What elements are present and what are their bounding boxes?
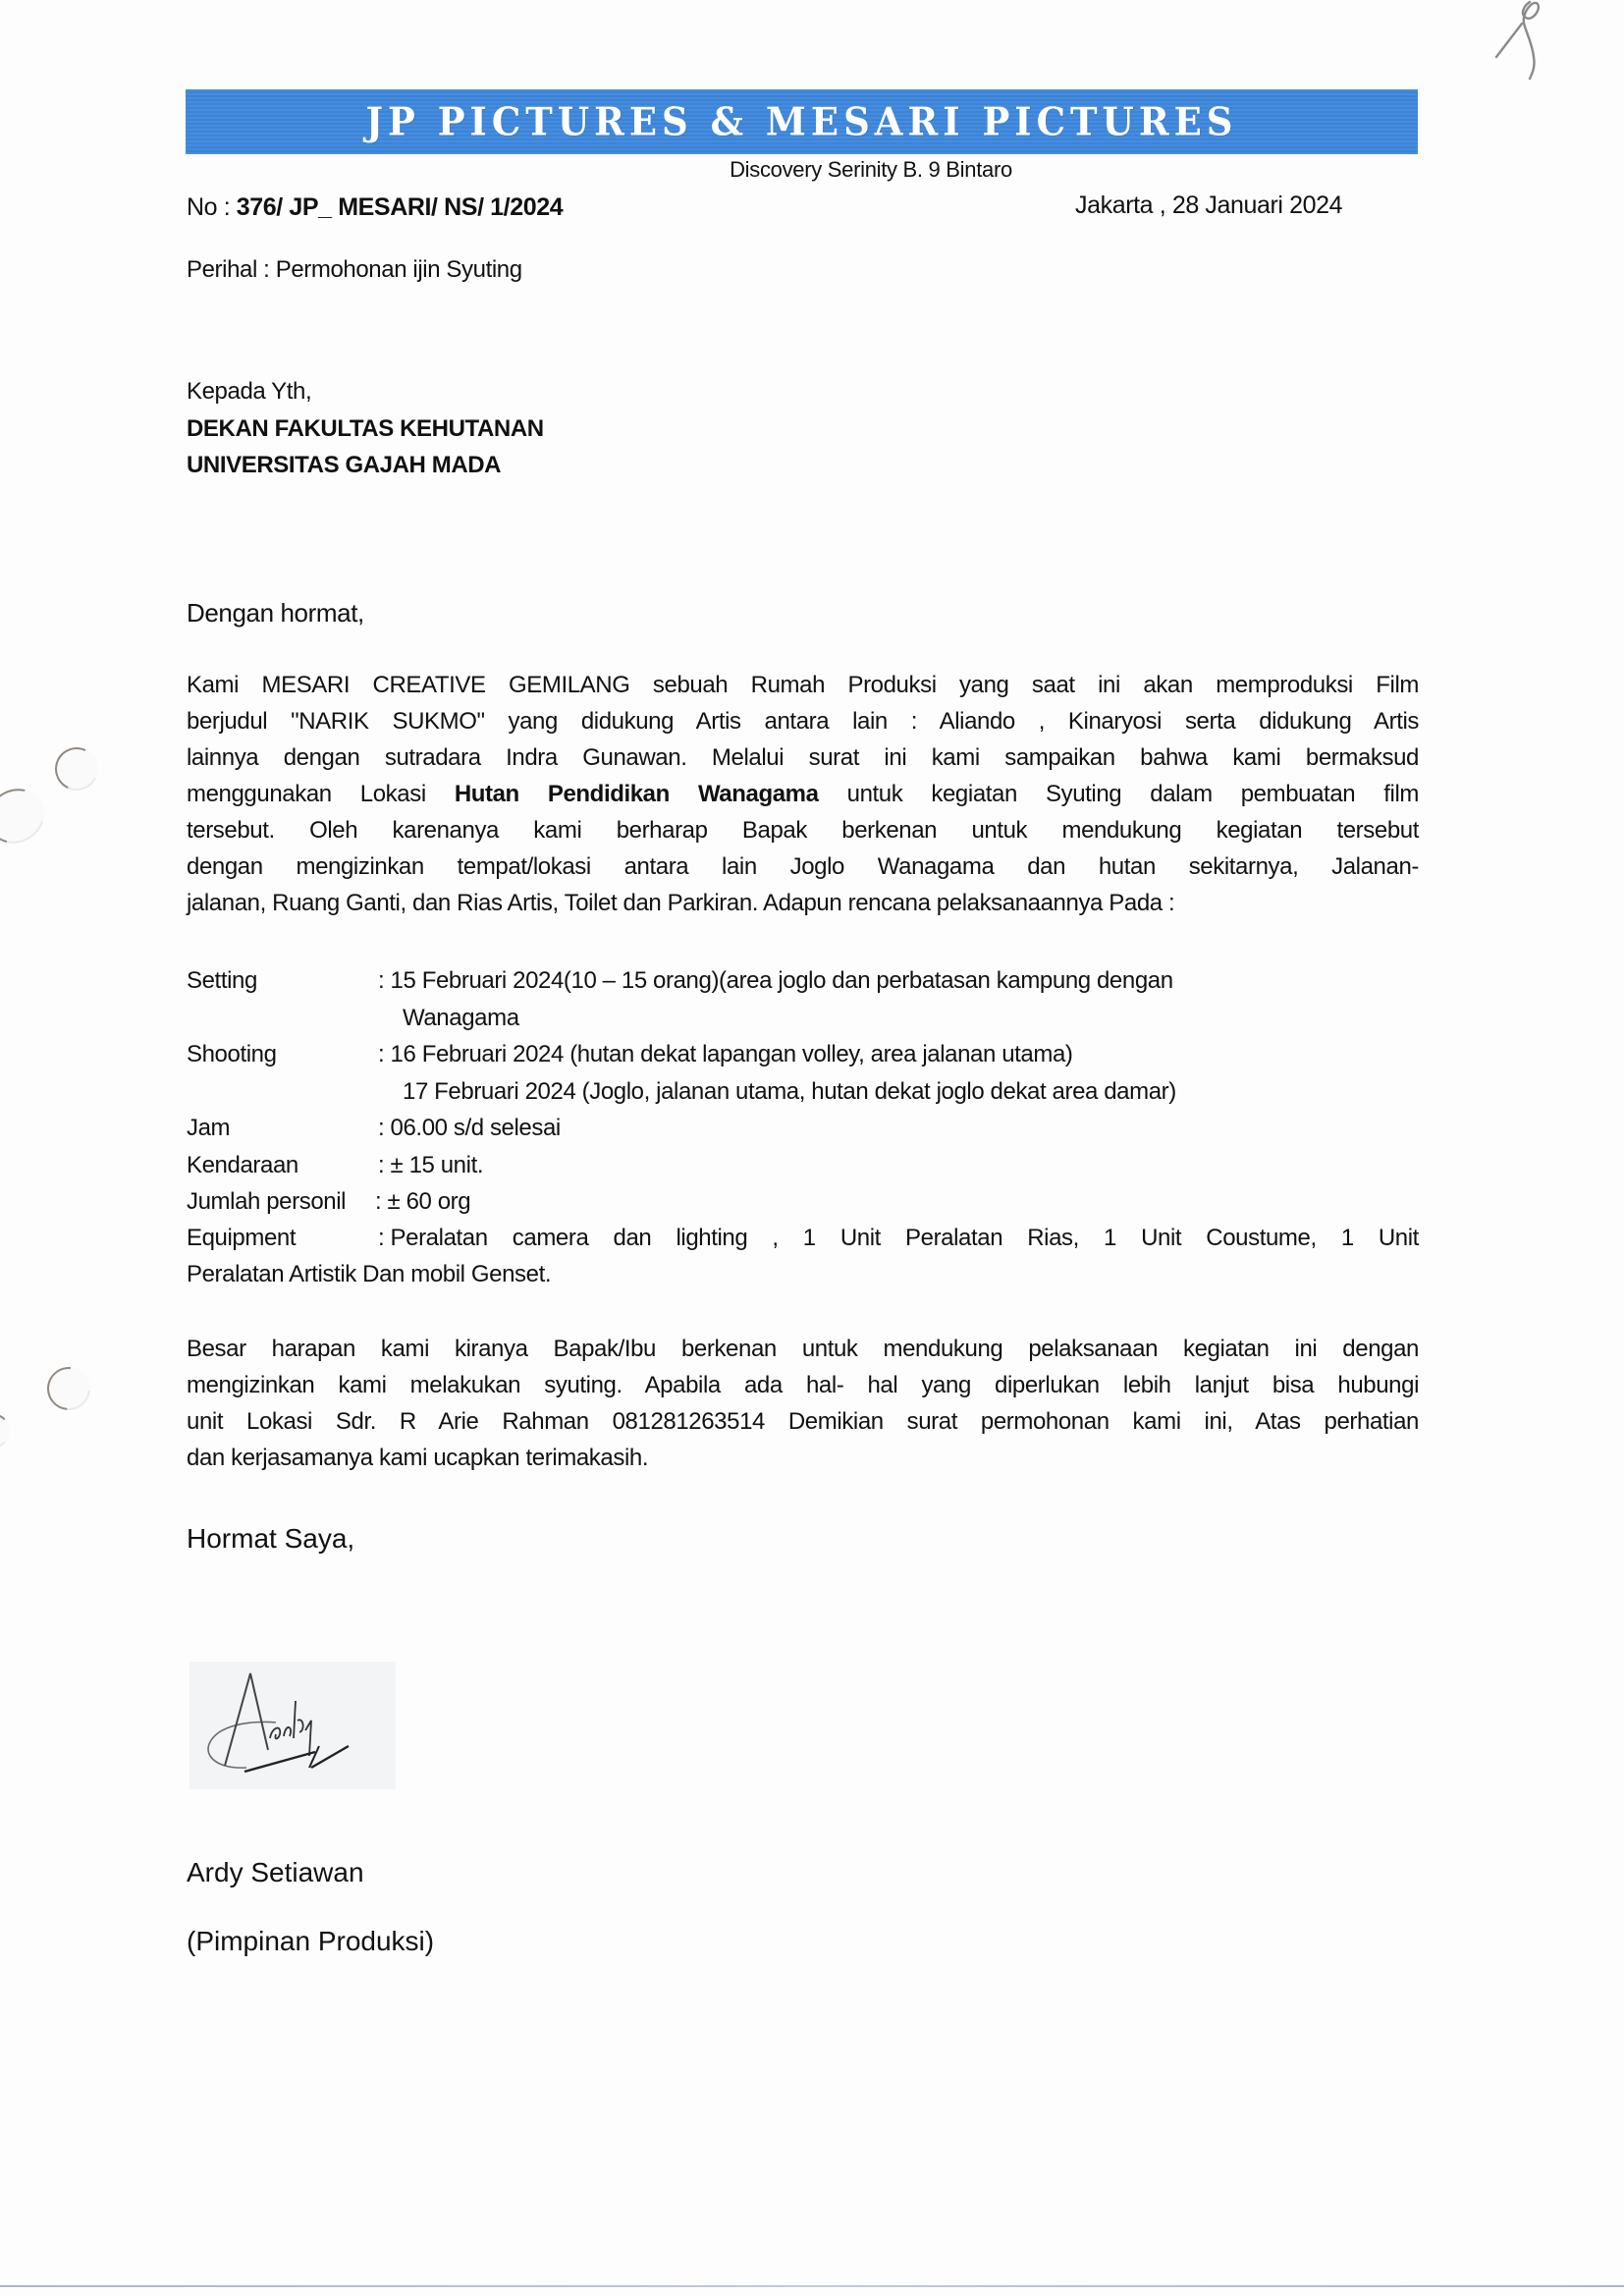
recipient-line-1: DEKAN FAKULTAS KEHUTANAN: [187, 410, 544, 447]
paragraph-line: mengizinkan kami melakukan syuting. Apab…: [187, 1367, 1419, 1403]
equipment-word: Peralatan: [905, 1220, 1002, 1256]
schedule-label: Setting: [187, 962, 257, 1000]
paragraph-line: dengan mengizinkan tempat/lokasi antara …: [187, 848, 1419, 885]
equipment-word: dan: [614, 1220, 652, 1256]
schedule-value: : 16 Februari 2024 (hutan dekat lapangan…: [378, 1036, 1073, 1073]
paragraph-line: jalanan, Ruang Ganti, dan Rias Artis, To…: [187, 885, 1419, 921]
company-name: JP PICTURES & MESARI PICTURES: [366, 99, 1238, 144]
text-segment: menggunakan Lokasi: [187, 781, 455, 807]
equipment-word: Coustume,: [1206, 1220, 1316, 1256]
equipment-value: : Peralatancameradanlighting,1UnitPerala…: [378, 1220, 1419, 1256]
reference-number: No : 376/ JP_ MESARI/ NS/ 1/2024: [187, 190, 563, 226]
paragraph-line: unit Lokasi Sdr. R Arie Rahman 081281263…: [187, 1403, 1419, 1440]
paragraph-line: lainnya dengan sutradara Indra Gunawan. …: [187, 739, 1419, 776]
letter-subject: Perihal : Permohonan ijin Syuting: [187, 251, 522, 288]
location-name: Hutan Pendidikan Wanagama: [455, 781, 819, 807]
letter-date: Jakarta , 28 Januari 2024: [1075, 188, 1342, 224]
equipment-word: 1: [1341, 1220, 1354, 1256]
paragraph-line: Kami MESARI CREATIVE GEMILANG sebuah Rum…: [187, 667, 1419, 703]
paragraph-line: dan kerjasamanya kami ucapkan terimakasi…: [187, 1440, 1419, 1476]
schedule-row-shooting: Shooting : 16 Februari 2024 (hutan dekat…: [187, 1036, 1424, 1073]
schedule-row-kendaraan: Kendaraan : ± 15 unit.: [187, 1147, 1424, 1184]
equipment-word: Unit: [1141, 1220, 1181, 1256]
schedule-value: : ± 60 org: [375, 1183, 470, 1221]
letterhead-banner: JP PICTURES & MESARI PICTURES: [186, 89, 1418, 154]
schedule-label: Jumlah personil: [187, 1183, 346, 1221]
paragraph-line: Besar harapan kami kiranya Bapak/Ibu ber…: [187, 1331, 1419, 1367]
paragraph-line: berjudul "NARIK SUKMO" yang didukung Art…: [187, 703, 1419, 739]
schedule-value: Wanagama: [403, 1000, 519, 1037]
closing-phrase: Hormat Saya,: [187, 1520, 354, 1557]
schedule-row-shooting-cont: 17 Februari 2024 (Joglo, jalanan utama, …: [187, 1073, 1424, 1111]
schedule-value: : ± 15 unit.: [378, 1147, 483, 1184]
equipment-word: Unit: [840, 1220, 881, 1256]
body-paragraph-2: Besar harapan kami kiranya Bapak/Ibu ber…: [187, 1331, 1419, 1476]
equipment-word: 1: [1104, 1220, 1116, 1256]
equipment-word: Rias,: [1027, 1220, 1079, 1256]
reference-value: 376/ JP_ MESARI/ NS/ 1/2024: [237, 193, 563, 221]
recipient-line-2: UNIVERSITAS GAJAH MADA: [187, 447, 501, 483]
schedule-list: Setting : 15 Februari 2024(10 – 15 orang…: [187, 962, 1424, 1221]
paragraph-line: menggunakan Lokasi Hutan Pendidikan Wana…: [187, 776, 1419, 812]
schedule-row-personil: Jumlah personil : ± 60 org: [187, 1183, 1424, 1221]
signer-name: Ardy Setiawan: [187, 1854, 364, 1890]
hole-punch-mark: [49, 741, 104, 796]
company-address: Discovery Serinity B. 9 Bintaro: [0, 157, 1624, 183]
recipient-salutation: Kepada Yth,: [187, 373, 311, 410]
hole-punch-mark: [38, 1358, 99, 1419]
equipment-word: : Peralatan: [378, 1220, 488, 1256]
schedule-value: 17 Februari 2024 (Joglo, jalanan utama, …: [403, 1073, 1176, 1111]
greeting: Dengan hormat,: [187, 595, 364, 631]
schedule-row-equipment: Equipment : Peralatancameradanlighting,1…: [187, 1220, 1419, 1292]
equipment-word: 1: [803, 1220, 816, 1256]
signature-image: [189, 1662, 396, 1789]
schedule-label: Kendaraan: [187, 1147, 298, 1184]
hole-punch-mark: [0, 779, 54, 854]
schedule-row-setting-cont: Wanagama: [187, 1000, 1424, 1037]
schedule-label: Equipment: [187, 1220, 378, 1256]
equipment-word: ,: [772, 1220, 778, 1256]
equipment-word: camera: [513, 1220, 589, 1256]
equipment-word: lighting: [676, 1220, 747, 1256]
equipment-word: Unit: [1379, 1220, 1419, 1256]
schedule-value: : 06.00 s/d selesai: [378, 1110, 561, 1147]
schedule-value: : 15 Februari 2024(10 – 15 orang)(area j…: [378, 962, 1173, 1000]
schedule-label: Shooting: [187, 1036, 277, 1073]
handwritten-signature-icon: [189, 1662, 396, 1789]
schedule-label: Jam: [187, 1110, 230, 1147]
equipment-value-cont: Peralatan Artistik Dan mobil Genset.: [187, 1256, 1419, 1292]
letter-page: JP PICTURES & MESARI PICTURES Discovery …: [0, 0, 1624, 2296]
signer-title: (Pimpinan Produksi): [187, 1923, 434, 1959]
text-segment: untuk kegiatan Syuting dalam pembuatan f…: [819, 781, 1419, 807]
body-paragraph-1: Kami MESARI CREATIVE GEMILANG sebuah Rum…: [187, 667, 1419, 921]
scan-edge-line: [0, 2285, 1624, 2287]
paragraph-line: tersebut. Oleh karenanya kami berharap B…: [187, 812, 1419, 848]
handwritten-initial-mark-icon: [1483, 0, 1561, 88]
equipment-line: Equipment : Peralatancameradanlighting,1…: [187, 1220, 1419, 1256]
reference-label: No :: [187, 193, 237, 221]
schedule-row-jam: Jam : 06.00 s/d selesai: [187, 1110, 1424, 1147]
schedule-row-setting: Setting : 15 Februari 2024(10 – 15 orang…: [187, 962, 1424, 1000]
hole-punch-mark: [0, 1414, 10, 1448]
